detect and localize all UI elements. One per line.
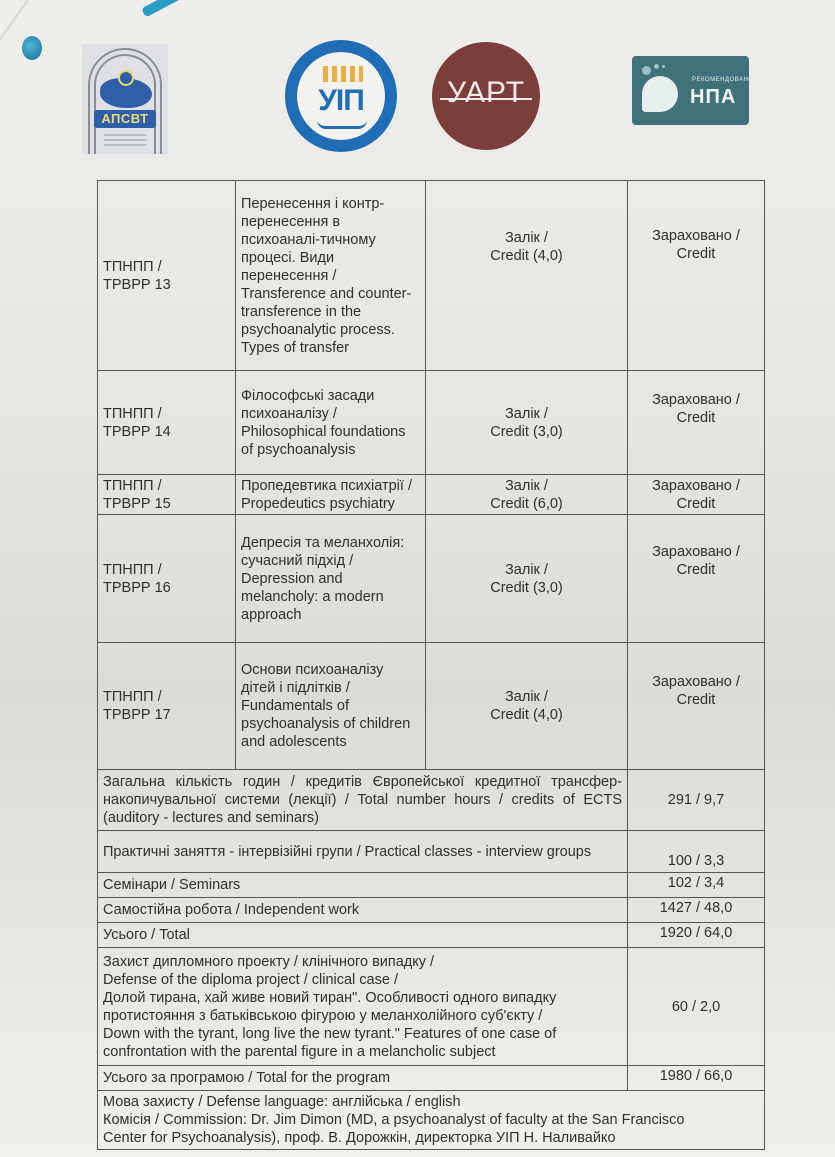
commission-info: Мова захисту / Defense language: англійс…	[98, 1091, 765, 1150]
uip-logo-text: УІП	[311, 84, 371, 118]
bubble-icon	[654, 64, 659, 69]
uip-logo-inner: УІП	[297, 52, 385, 140]
course-code-line: ТРВРР 13	[103, 276, 230, 294]
assessment-result-line: Зараховано /	[633, 673, 759, 691]
summary-row-total: Усього / Total 1920 / 64,0	[98, 923, 765, 948]
assessment-result: Зараховано /Credit	[628, 181, 765, 371]
summary-row-practical: Практичні заняття - інтервізійні групи /…	[98, 831, 765, 873]
assessment-form-line: Credit (6,0)	[431, 495, 622, 513]
assessment-result: Зараховано /Credit	[628, 643, 765, 770]
summary-value: 60 / 2,0	[628, 948, 765, 1066]
assessment-form-line: Credit (3,0)	[431, 579, 622, 597]
document-page: АПСВТ УІП УАРТ РЕКОМЕНДОВАНО НПА ТПНПП /…	[0, 0, 835, 1157]
course-row: ТПНПП /ТРВРР 16Депресія та меланхолія: с…	[98, 515, 765, 643]
apsvt-logo: АПСВТ	[82, 44, 168, 154]
assessment-form-line: Credit (4,0)	[431, 247, 622, 265]
defense-line: Захист дипломного проекту / клінічного в…	[103, 953, 622, 971]
assessment-result-line: Credit	[633, 245, 759, 263]
bubble-icon	[642, 66, 651, 75]
footer-row: Мова захисту / Defense language: англійс…	[98, 1091, 765, 1150]
summary-label: Практичні заняття - інтервізійні групи /…	[98, 831, 628, 873]
defense-label: Захист дипломного проекту / клінічного в…	[98, 948, 628, 1066]
course-row: ТПНПП /ТРВРР 14Філософські засади психоа…	[98, 371, 765, 475]
binding-ribbon	[141, 0, 199, 17]
course-code-line: ТРВРР 14	[103, 423, 230, 441]
assessment-form: Залік /Credit (3,0)	[426, 371, 628, 475]
summary-label: Загальна кількість годин / кредитів Євро…	[98, 770, 628, 831]
course-row: ТПНПП /ТРВРР 13Перенесення і контр-перен…	[98, 181, 765, 371]
leaf-icon	[642, 76, 678, 112]
course-code-line: ТРВРР 15	[103, 495, 230, 513]
defense-line: Defense of the diploma project / clinica…	[103, 971, 622, 989]
assessment-result-line: Credit	[633, 561, 759, 579]
summary-value: 1980 / 66,0	[628, 1066, 765, 1091]
npa-recommended-text: РЕКОМЕНДОВАНО	[692, 77, 753, 83]
footer-line: Комісія / Commission: Dr. Jim Dimon (MD,…	[103, 1111, 759, 1129]
apsvt-logo-text: АПСВТ	[94, 110, 156, 128]
course-code: ТПНПП /ТРВРР 14	[98, 371, 236, 475]
summary-value: 1920 / 64,0	[628, 923, 765, 948]
steps-decoration	[104, 139, 146, 141]
assessment-result-line: Credit	[633, 495, 759, 513]
course-code-line: ТРВРР 16	[103, 579, 230, 597]
course-code: ТПНПП /ТРВРР 13	[98, 181, 236, 371]
summary-label: Усього за програмою / Total for the prog…	[98, 1066, 628, 1091]
footer-line: Center for Psychoanalysis), проф. В. Дор…	[103, 1129, 759, 1147]
assessment-form-line: Залік /	[431, 477, 622, 495]
bubble-icon	[662, 65, 665, 68]
course-code: ТПНПП /ТРВРР 16	[98, 515, 236, 643]
assessment-form-line: Залік /	[431, 561, 622, 579]
summary-label: Усього / Total	[98, 923, 628, 948]
assessment-result: Зараховано /Credit	[628, 515, 765, 643]
course-code-line: ТРВРР 17	[103, 706, 230, 724]
course-code-line: ТПНПП /	[103, 405, 230, 423]
summary-value: 1427 / 48,0	[628, 898, 765, 923]
binding-knot	[22, 36, 42, 60]
footer-line: Мова захисту / Defense language: англійс…	[103, 1093, 759, 1111]
uip-logo-base	[317, 120, 367, 129]
summary-label: Семінари / Seminars	[98, 873, 628, 898]
course-title: Пропедевтика психіатрії / Propedeutics p…	[236, 475, 426, 515]
defense-line: протистояння з батьківською фігурою у ме…	[103, 1007, 622, 1025]
defense-line: Down with the tyrant, long live the new …	[103, 1025, 622, 1043]
course-code-line: ТПНПП /	[103, 688, 230, 706]
course-code: ТПНПП /ТРВРР 15	[98, 475, 236, 515]
summary-row-seminars: Семінари / Seminars 102 / 3,4	[98, 873, 765, 898]
assessment-result-line: Зараховано /	[633, 543, 759, 561]
course-row: ТПНПП /ТРВРР 17Основи психоаналізу дітей…	[98, 643, 765, 770]
uapt-logo: УАРТ	[432, 42, 540, 150]
course-title: Депресія та меланхолія: сучасний підхід …	[236, 515, 426, 643]
assessment-result-line: Credit	[633, 691, 759, 709]
assessment-form-line: Залік /	[431, 405, 622, 423]
npa-logo: РЕКОМЕНДОВАНО НПА	[632, 56, 749, 125]
assessment-form-line: Залік /	[431, 229, 622, 247]
uapt-logo-text: УАРТ	[442, 76, 530, 110]
assessment-form: Залік /Credit (4,0)	[426, 181, 628, 371]
npa-logo-text: НПА	[690, 86, 736, 109]
assessment-form-line: Залік /	[431, 688, 622, 706]
assessment-result: Зараховано /Credit	[628, 371, 765, 475]
summary-row-program-total: Усього за програмою / Total for the prog…	[98, 1066, 765, 1091]
course-title: Філософські засади психоаналізу / Philos…	[236, 371, 426, 475]
assessment-form: Залік /Credit (3,0)	[426, 515, 628, 643]
assessment-form: Залік /Credit (4,0)	[426, 643, 628, 770]
steps-decoration	[104, 134, 146, 136]
course-code-line: ТПНПП /	[103, 477, 230, 495]
course-title: Перенесення і контр-перенесення в психоа…	[236, 181, 426, 371]
summary-value: 100 / 3,3	[628, 831, 765, 873]
course-title: Основи психоаналізу дітей і підлітків / …	[236, 643, 426, 770]
assessment-form-line: Credit (4,0)	[431, 706, 622, 724]
assessment-form-line: Credit (3,0)	[431, 423, 622, 441]
grades-table: ТПНПП /ТРВРР 13Перенесення і контр-перен…	[97, 180, 765, 1150]
assessment-result: Зараховано /Credit	[628, 475, 765, 515]
summary-label: Самостійна робота / Independent work	[98, 898, 628, 923]
emblem-icon	[118, 70, 134, 86]
assessment-result-line: Зараховано /	[633, 391, 759, 409]
assessment-form: Залік /Credit (6,0)	[426, 475, 628, 515]
summary-row-defense: Захист дипломного проекту / клінічного в…	[98, 948, 765, 1066]
sun-rays-icon	[323, 66, 363, 82]
course-code-line: ТПНПП /	[103, 561, 230, 579]
course-code-line: ТПНПП /	[103, 258, 230, 276]
uip-logo: УІП	[285, 40, 397, 152]
assessment-result-line: Зараховано /	[633, 227, 759, 245]
summary-value: 102 / 3,4	[628, 873, 765, 898]
defense-line: Долой тирана, хай живе новий тиран". Осо…	[103, 989, 622, 1007]
steps-decoration	[104, 144, 146, 146]
summary-value: 291 / 9,7	[628, 770, 765, 831]
assessment-result-line: Credit	[633, 409, 759, 427]
assessment-result-line: Зараховано /	[633, 477, 759, 495]
course-code: ТПНПП /ТРВРР 17	[98, 643, 236, 770]
defense-line: confrontation with the parental figure i…	[103, 1043, 622, 1061]
course-row: ТПНПП /ТРВРР 15Пропедевтика психіатрії /…	[98, 475, 765, 515]
summary-row-independent: Самостійна робота / Independent work 142…	[98, 898, 765, 923]
summary-row-total-hours: Загальна кількість годин / кредитів Євро…	[98, 770, 765, 831]
